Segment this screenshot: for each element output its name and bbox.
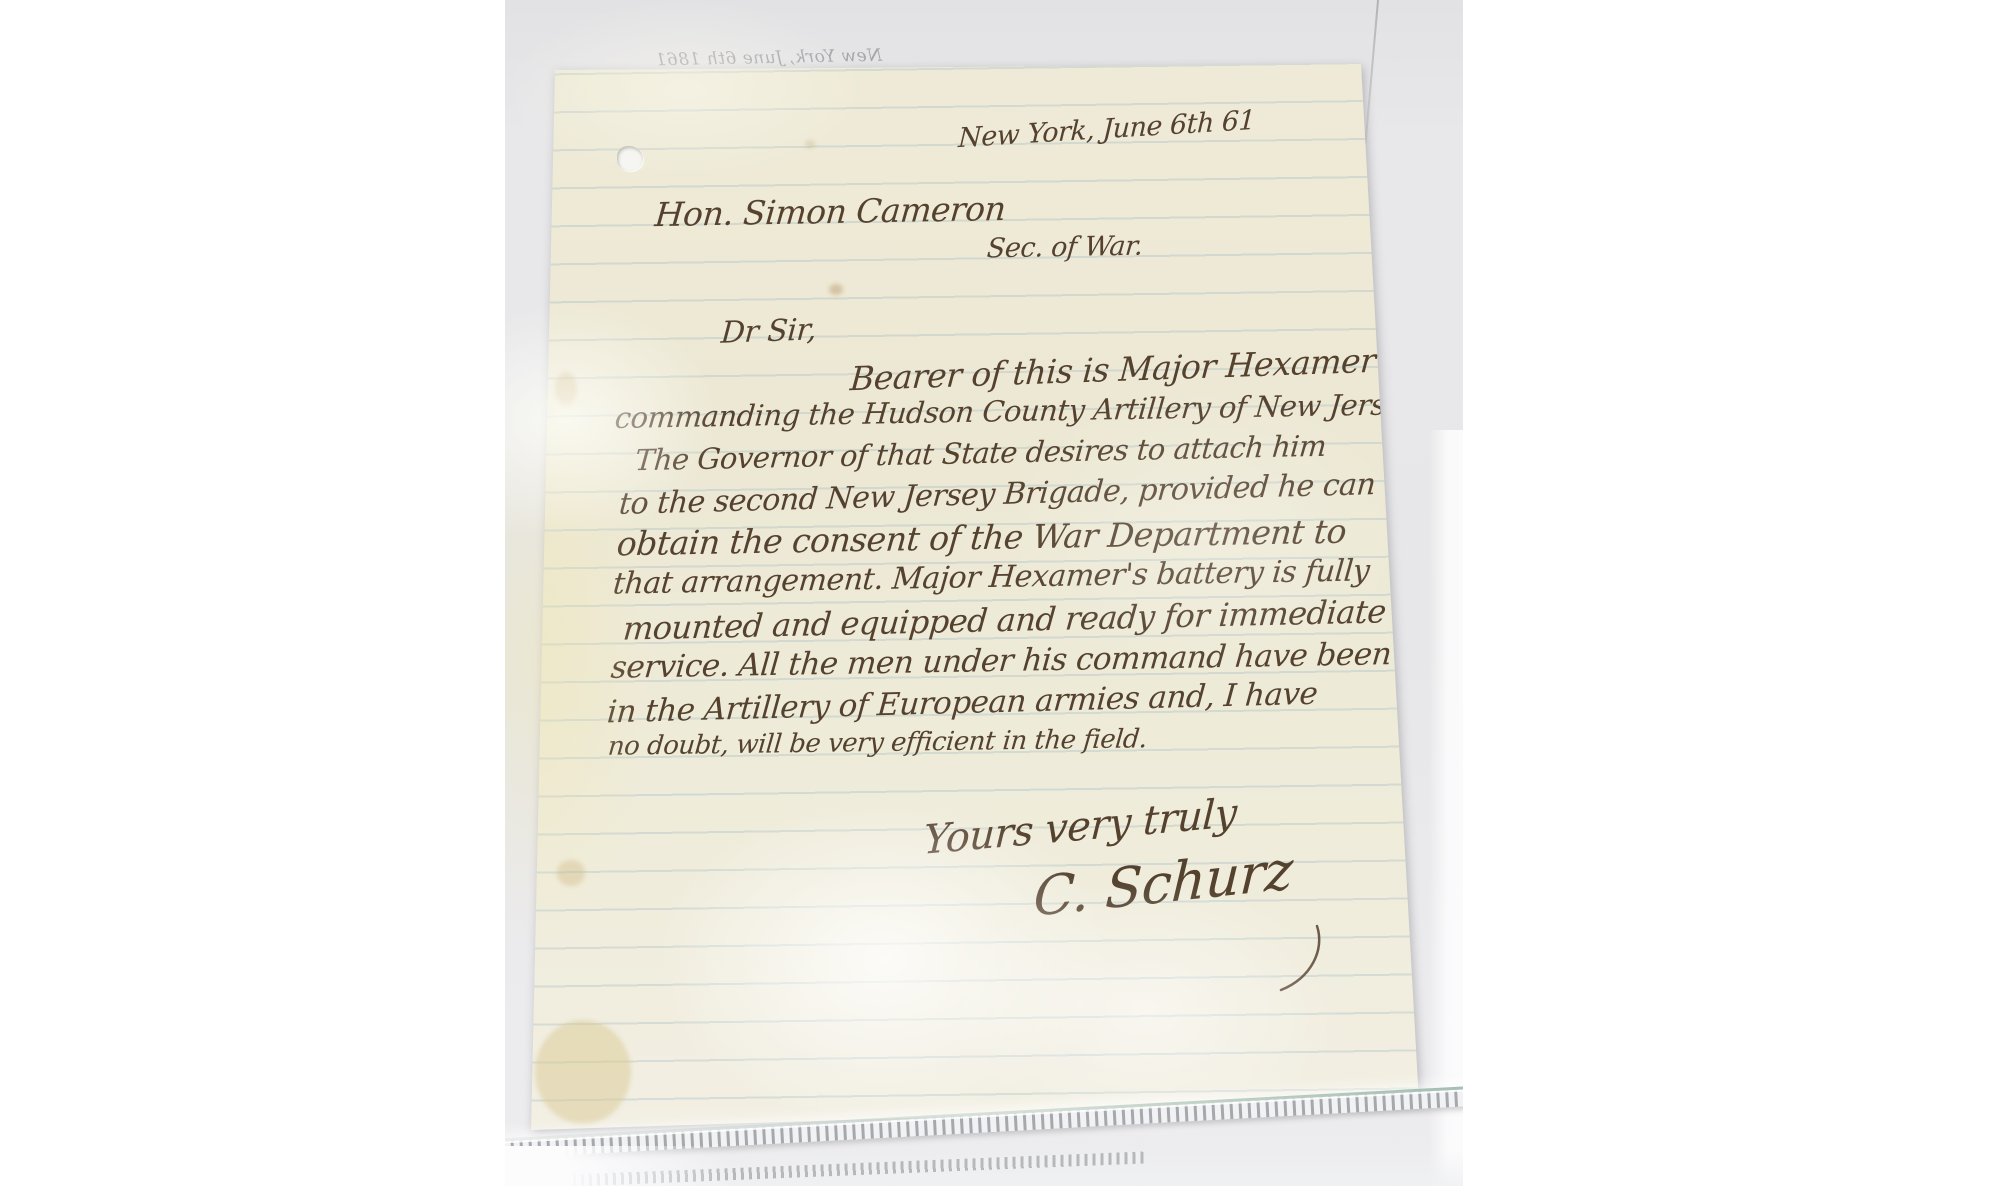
paper-stain [805, 140, 815, 148]
paper-shadow-wrap: New York, June 6th 61 Hon. Simon Cameron… [505, 0, 1463, 1186]
signature: C. Schurz [1032, 838, 1294, 929]
signature-paraph-flourish [1265, 922, 1329, 996]
sleeve-right-edge-highlight [1429, 430, 1463, 1186]
recipient-line: Hon. Simon Cameron [653, 189, 1007, 234]
letter-paper: New York, June 6th 61 Hon. Simon Cameron… [505, 0, 1463, 1186]
body-line: commanding the Hudson County Artillery o… [614, 387, 1420, 435]
paper-stain [555, 372, 577, 406]
dateline: New York, June 6th 61 [958, 105, 1256, 154]
salutation: Dr Sir, [720, 312, 818, 350]
table-surface-corner [505, 1146, 805, 1186]
body-line: The Governor of that State desires to at… [634, 429, 1328, 478]
paper-stain [557, 860, 585, 886]
recipient-title-line: Sec. of War. [986, 231, 1144, 265]
paper-stain [535, 1020, 631, 1124]
page: { "photo": { "docket_mirrored": "New Yor… [0, 0, 1999, 1186]
body-line: no doubt, will be very efficient in the … [607, 724, 1149, 762]
paper-stain [829, 284, 843, 295]
letter-photograph: New York, June 6th 1861 New York, June 6… [505, 0, 1463, 1186]
paper-deckle-edge [512, 58, 549, 1140]
paper-hole [617, 146, 643, 171]
